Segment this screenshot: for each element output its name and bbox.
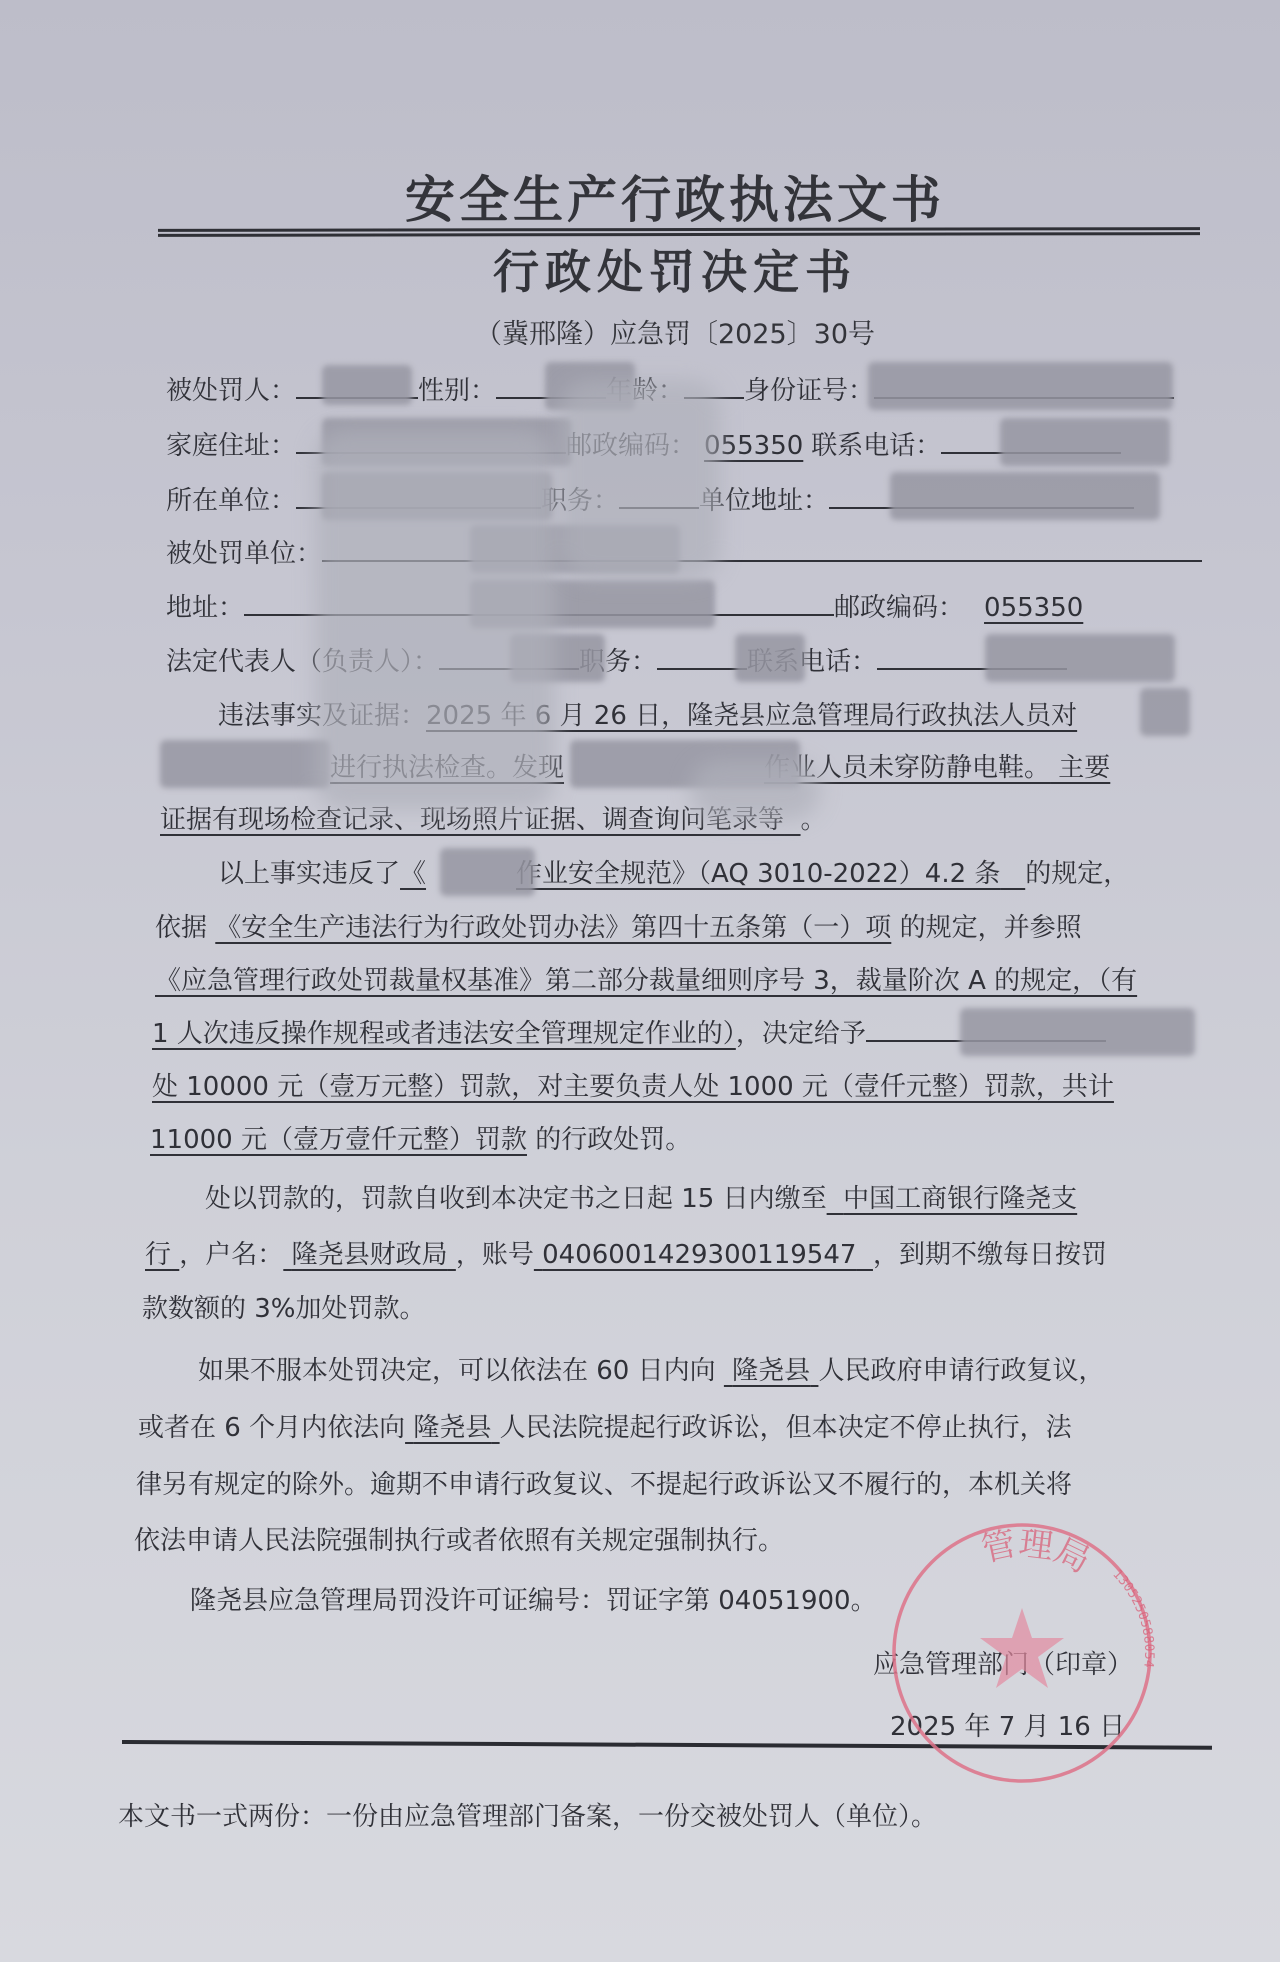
penalty-amounts: 处 10000 元（壹万元整）罚款，对主要负责人处 1000 元（壹仟元整）罚款… [152, 1072, 1114, 1102]
appeal-line-1: 如果不服本处罚决定，可以依法在 60 日内向 隆尧县 人民政府申请行政复议， [198, 1350, 1104, 1387]
appeal-line-3: 律另有规定的除外。逾期不申请行政复议、不提起行政诉讼又不履行的，本机关将 [136, 1464, 1072, 1501]
document-number: （冀邢隆）应急罚〔2025〕30号 [0, 312, 1280, 351]
permit-number: 隆尧县应急管理局罚没许可证编号：罚证字第 04051900。 [190, 1580, 877, 1617]
penalty-total: 11000 元（壹万壹仟元整）罚款 [150, 1125, 527, 1155]
party-label: 被处罚人： [166, 376, 296, 406]
penalized-unit-label: 被处罚单位： [166, 539, 322, 569]
issuing-department: 应急管理部门（印章） [873, 1644, 1133, 1681]
issue-date: 2025 年 7 月 16 日 [890, 1706, 1125, 1743]
discretion-basis: 《应急管理行政处罚裁量权基准》第二部分裁量细则序号 3，裁量阶次 A 的规定，（… [155, 966, 1137, 996]
redaction-id-number [868, 362, 1173, 410]
violation-line-6: 11000 元（壹万壹仟元整）罚款 的行政处罚。 [150, 1119, 691, 1156]
appeal-line-2: 或者在 6 个月内依法向 隆尧县 人民法院提起行政诉讼，但本决定不停止执行，法 [138, 1407, 1072, 1444]
account-name: 隆尧县财政局 [292, 1240, 448, 1270]
document-page: 安全生产行政执法文书 行政处罚决定书 （冀邢隆）应急罚〔2025〕30号 被处罚… [0, 0, 1280, 1962]
phone-label: 联系电话： [811, 431, 941, 461]
document-title: 安全生产行政执法文书 [0, 160, 1280, 232]
redaction-standard-name [440, 848, 535, 896]
appeal-line-4: 依法申请人民法院强制执行或者依照有关规定强制执行。 [134, 1520, 784, 1557]
unit-postcode-label: 邮政编码： [834, 593, 964, 623]
address-label: 地址： [166, 593, 244, 623]
facts-text-2c: 主要 [1050, 753, 1110, 783]
account-number: 0406001429300119547 [542, 1240, 856, 1270]
legal-basis: 《安全生产违法行为行政处罚办法》第四十五条第（一）项 [215, 913, 891, 943]
gender-label: 性别： [418, 376, 496, 406]
redaction-employer-address [890, 472, 1160, 520]
violated-standard: 作业安全规范》（AQ 3010-2022）4.2 条 [516, 859, 1000, 889]
payment-line-1: 处以罚款的，罚款自收到本决定书之日起 15 日内缴至 中国工商银行隆尧支 [205, 1178, 1077, 1215]
redaction-party-name [322, 365, 412, 405]
payment-line-3: 款数额的 3%加处罚款。 [142, 1288, 426, 1325]
svg-text:管理局: 管理局 [978, 1523, 1096, 1581]
court-authority: 隆尧县 [413, 1413, 491, 1443]
violation-line-2: 依据 《安全生产违法行为行政处罚办法》第四十五条第（一）项 的规定，并参照 [155, 907, 1082, 944]
document-subtitle: 行政处罚决定书 [0, 236, 1280, 302]
redaction-penalty-target [960, 1008, 1195, 1056]
footer-note: 本文书一式两份：一份由应急管理部门备案，一份交被处罚人（单位）。 [118, 1796, 937, 1833]
review-authority: 隆尧县 [732, 1356, 810, 1386]
id-label: 身份证号： [744, 376, 874, 406]
unit-postcode-value: 055350 [964, 593, 1133, 623]
redaction-blur-small [690, 760, 820, 820]
legal-rep-position-field [657, 642, 747, 670]
legal-rep-row: 法定代表人（负责人）：职务：联系电话： [166, 641, 1067, 678]
redaction-facts-target [1140, 688, 1190, 736]
redaction-legal-rep-position [735, 634, 805, 682]
violation-line-5: 处 10000 元（壹万元整）罚款，对主要负责人处 1000 元（壹仟元整）罚款… [152, 1066, 1114, 1103]
redaction-blur-mid [560, 380, 720, 580]
redaction-facts-unit [160, 740, 330, 788]
bank-name: 中国工商银行隆尧支 [843, 1184, 1077, 1214]
redaction-legal-rep-phone [985, 634, 1175, 682]
violation-line-1: 以上事实违反了《作业安全规范》（AQ 3010-2022）4.2 条 的规定， [218, 853, 1129, 890]
violation-line-3: 《应急管理行政处罚裁量权基准》第二部分裁量细则序号 3，裁量阶次 A 的规定，（… [155, 960, 1137, 997]
home-address-label: 家庭住址： [166, 431, 296, 461]
redaction-phone [1000, 418, 1170, 466]
employer-label: 所在单位： [166, 486, 296, 516]
redaction-blur-left [315, 430, 555, 810]
payment-line-2: 行 ，户名： 隆尧县财政局 ，账号 0406001429300119547 ，到… [145, 1234, 1107, 1271]
